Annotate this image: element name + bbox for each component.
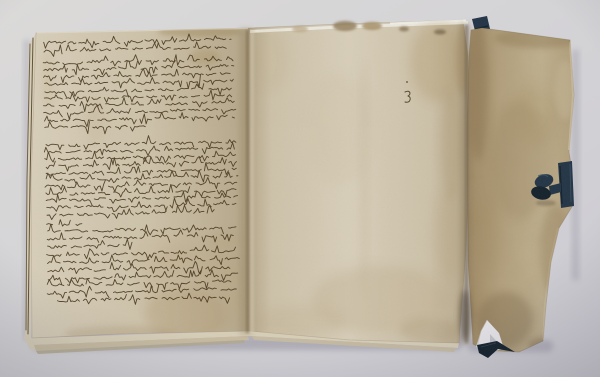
manuscript-photo-canvas: Photograph of an opened late-medieval pa… bbox=[0, 0, 600, 377]
manuscript-photograph: Photograph of an opened late-medieval pa… bbox=[0, 0, 600, 377]
vignette bbox=[0, 0, 600, 377]
